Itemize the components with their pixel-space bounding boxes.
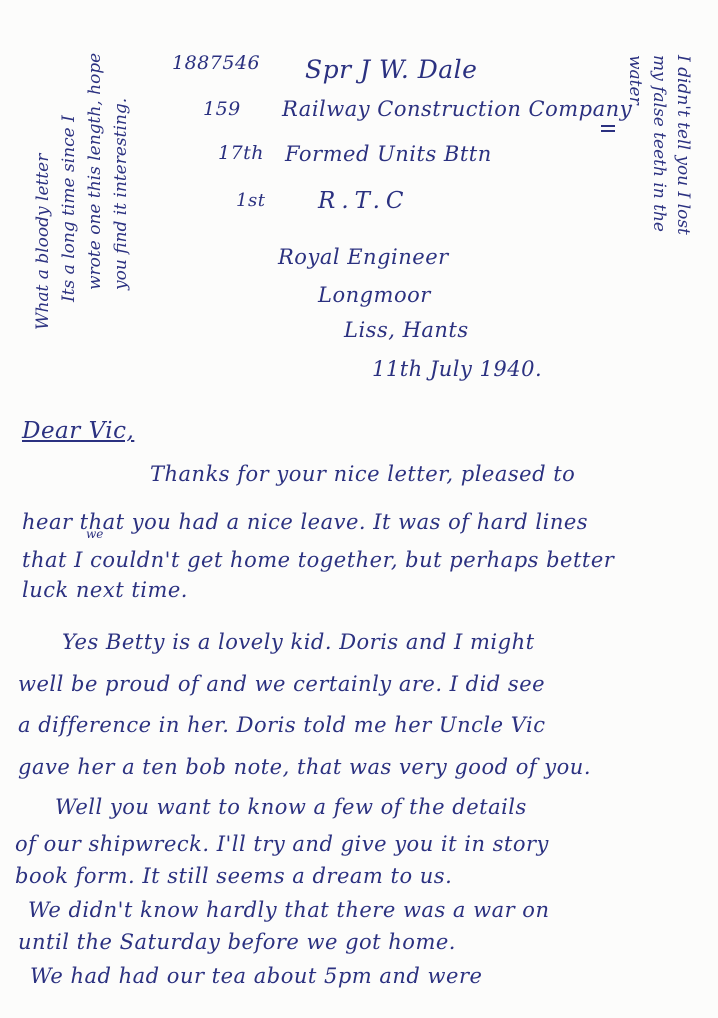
letter-date: 11th July 1940.: [372, 357, 542, 381]
body-line: hear that you had a nice leave. It was o…: [22, 510, 588, 534]
unit-name: Railway Construction Company: [282, 97, 632, 121]
body-line: We had had our tea about 5pm and were: [30, 964, 482, 988]
margin-right-line: water.: [623, 55, 647, 235]
service-number: 1887546: [172, 52, 260, 74]
body-line: well be proud of and we certainly are. I…: [18, 672, 545, 696]
letter-page: What a bloody letter Its a long time sin…: [0, 0, 718, 1018]
scribble-mark-icon: [601, 125, 615, 127]
margin-right-line: my false teeth in the: [647, 55, 671, 235]
unit-number: 159: [203, 98, 241, 120]
margin-left-line: you find it interesting.: [108, 53, 134, 330]
corps: Royal Engineer: [278, 245, 449, 269]
body-line: Thanks for your nice letter, pleased to: [150, 462, 575, 486]
rtc-prefix: 1st: [236, 190, 265, 211]
salutation: Dear Vic,: [22, 418, 134, 444]
insertion-note: we: [86, 527, 103, 541]
battalion-number: 17th: [218, 142, 264, 164]
margin-left-line: wrote one this length, hope: [82, 53, 108, 330]
body-line: of our shipwreck. I'll try and give you …: [15, 832, 549, 856]
body-line: book form. It still seems a dream to us.: [15, 864, 452, 888]
body-line: gave her a ten bob note, that was very g…: [18, 755, 591, 779]
margin-note-right: I didn't tell you I lost my false teeth …: [623, 55, 695, 235]
body-line: Well you want to know a few of the detai…: [55, 795, 527, 819]
margin-left-line: What a bloody letter: [30, 53, 56, 330]
margin-left-line: Its a long time since I: [56, 53, 82, 330]
body-line: We didn't know hardly that there was a w…: [28, 898, 549, 922]
town: Liss, Hants: [344, 318, 469, 342]
scribble-mark-icon: [601, 130, 615, 132]
location: Longmoor: [318, 283, 431, 307]
body-line: a difference in her. Doris told me her U…: [18, 713, 546, 737]
body-line: luck next time.: [22, 578, 188, 602]
sender-name: Spr J W. Dale: [305, 55, 477, 84]
battalion-name: Formed Units Bttn: [285, 142, 492, 166]
rtc: R.T.C: [318, 188, 410, 214]
body-line: Yes Betty is a lovely kid. Doris and I m…: [62, 630, 535, 654]
margin-note-left: What a bloody letter Its a long time sin…: [30, 53, 134, 330]
margin-right-line: I didn't tell you I lost: [671, 55, 695, 235]
body-line: until the Saturday before we got home.: [18, 930, 456, 954]
body-line: that I couldn't get home together, but p…: [22, 548, 614, 572]
